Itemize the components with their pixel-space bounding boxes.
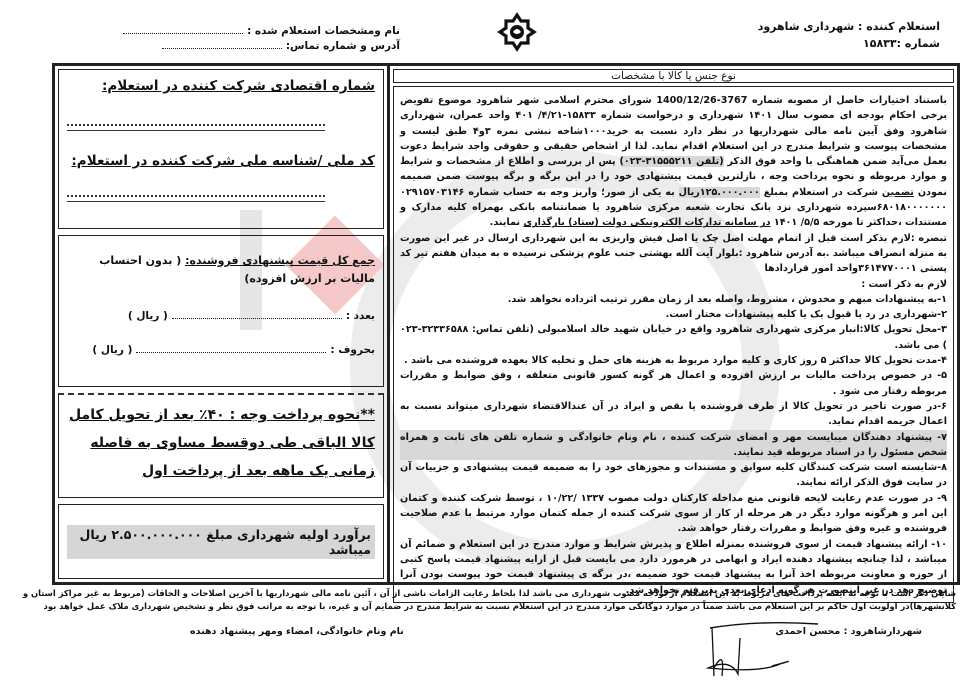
condition-item: ۲-شهرداری در رد یا قبول یک یا کلیه پیشنه… — [400, 307, 947, 322]
conditions-text: باستناد اختیارات حاصل از مصوبه شماره 376… — [393, 86, 954, 603]
in-digits-label: بعدد : — [346, 310, 375, 322]
amount-digits-field[interactable] — [172, 318, 342, 319]
condition-item: ۴-مدت تحویل کالا حداکثر ۵ روز کاری و کلی… — [400, 353, 947, 368]
condition-item: ۸-شایسته است شرکت کنندگان کلیه سوابق و م… — [400, 460, 947, 491]
number-label: شماره : — [897, 37, 940, 50]
respondent-address-label: آدرس و شماره تماس: — [286, 40, 400, 52]
divider — [67, 201, 325, 202]
mention-heading: لازم به ذکر است : — [400, 277, 947, 292]
guarantee-word: تضمین — [882, 187, 914, 198]
inquirer-label: استعلام کننده : — [858, 20, 940, 33]
rial-unit: ( ریال ) — [128, 310, 168, 322]
national-id-field[interactable] — [67, 189, 325, 197]
bidder-ids-box: شماره اقتصادی شرکت کننده در استعلام: کد … — [58, 69, 384, 229]
number-value: ۱۵۸۳۳ — [863, 37, 897, 50]
condition-item: ۹- در صورت عدم رعایت لایحه قانونی منع مد… — [400, 491, 947, 537]
handwritten-signature-icon — [700, 618, 830, 680]
municipality-emblem-icon — [497, 12, 537, 52]
setad-system: در سامانه تدارکات الکترونیکی دولت (ستاد)… — [523, 217, 770, 228]
amount-words-row: بحروف : ( ریال ) — [67, 344, 375, 356]
inquiry-form: نوع جنس یا کالا با مشخصات باستناد اختیار… — [52, 63, 960, 585]
payment-terms-box: **نحوه پرداخت وجه : ۴۰٪ بعد از تحویل کام… — [58, 393, 384, 498]
footnote: شایان ذکر است با توجه به اینکه پرداخت ها… — [1, 587, 956, 613]
bidder-signature-label: نام ونام خانوادگی، امضاء ومهر پیشنهاد ده… — [190, 626, 404, 637]
guarantee-amount: ۱۲۵.۰۰۰.۰۰۰ریال — [679, 187, 760, 198]
bidder-column: شماره اقتصادی شرکت کننده در استعلام: کد … — [55, 66, 387, 582]
in-words-label: بحروف : — [330, 344, 375, 356]
header-inquirer: استعلام کننده : شهرداری شاهرود شماره :۱۵… — [680, 18, 940, 52]
inquirer-value: شهرداری شاهرود — [758, 20, 854, 33]
amount-digits-row: بعدد : ( ریال ) — [67, 310, 375, 322]
national-id-label: کد ملی /شناسه ملی شرکت کننده در استعلام: — [67, 153, 375, 169]
estimate-box: برآورد اولیه شهرداری مبلغ ۲.۵۰۰.۰۰۰.۰۰۰ … — [58, 504, 384, 579]
conditions-column: نوع جنس یا کالا با مشخصات باستناد اختیار… — [387, 66, 957, 582]
condition-item: ۶-در صورت تاخیر در تحویل کالا از طرف فرو… — [400, 399, 947, 430]
economic-code-label: شماره اقتصادی شرکت کننده در استعلام: — [67, 78, 375, 94]
total-price-label: جمع کل قیمت پیشنهادی فروشنده: ( بدون احت… — [67, 252, 375, 288]
divider — [67, 130, 325, 131]
total-price-box: جمع کل قیمت پیشنهادی فروشنده: ( بدون احت… — [58, 235, 384, 387]
goods-title: نوع جنس یا کالا با مشخصات — [393, 69, 954, 83]
condition-item: ۵- در خصوص پرداخت مالیات بر ارزش افزوده … — [400, 368, 947, 399]
condition-item: ۱-به پیشنهادات مبهم و مخدوش ، مشروط، واص… — [400, 292, 947, 307]
condition-item: ۷- پیشنهاد دهندگان میبایست مهر و امضای ش… — [400, 430, 947, 461]
phone-highlight: (تلفن ۳۱۵۵۵۲۱۱-۰۲۳) — [620, 156, 724, 167]
condition-item: ۳-محل تحویل کالا:انبار مرکزی شهرداری شاه… — [400, 322, 947, 353]
amount-words-field[interactable] — [136, 352, 326, 353]
municipality-estimate: برآورد اولیه شهرداری مبلغ ۲.۵۰۰.۰۰۰.۰۰۰ … — [67, 525, 375, 559]
intro-paragraph: باستناد اختیارات حاصل از مصوبه شماره 376… — [400, 93, 947, 231]
respondent-name-label: نام ومشخصات استعلام شده : — [247, 25, 400, 37]
rial-unit: ( ریال ) — [92, 344, 132, 356]
header-respondent: نام ومشخصات استعلام شده : آدرس و شماره ت… — [100, 24, 400, 54]
economic-code-field[interactable] — [67, 118, 325, 126]
payment-terms: **نحوه پرداخت وجه : ۴۰٪ بعد از تحویل کام… — [67, 401, 375, 485]
respondent-address-field[interactable] — [162, 39, 282, 49]
note-paragraph: تبصره :لازم بذکر است قبل از اتمام مهلت ا… — [400, 231, 947, 277]
respondent-name-field[interactable] — [123, 24, 243, 34]
